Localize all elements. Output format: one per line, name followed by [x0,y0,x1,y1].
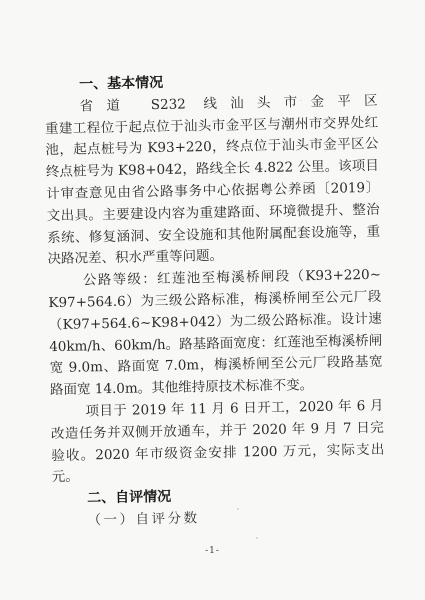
scan-speck [300,100,302,101]
scan-speck [237,508,239,510]
scan-speck [256,537,258,539]
document-body: 一、基本情况 省道 S232 线汕头市金平区 K93+220~K98+042 灾… [44,69,386,533]
document-page: 一、基本情况 省道 S232 线汕头市金平区 K93+220~K98+042 灾… [0,0,425,600]
page-number: -1- [0,546,425,556]
